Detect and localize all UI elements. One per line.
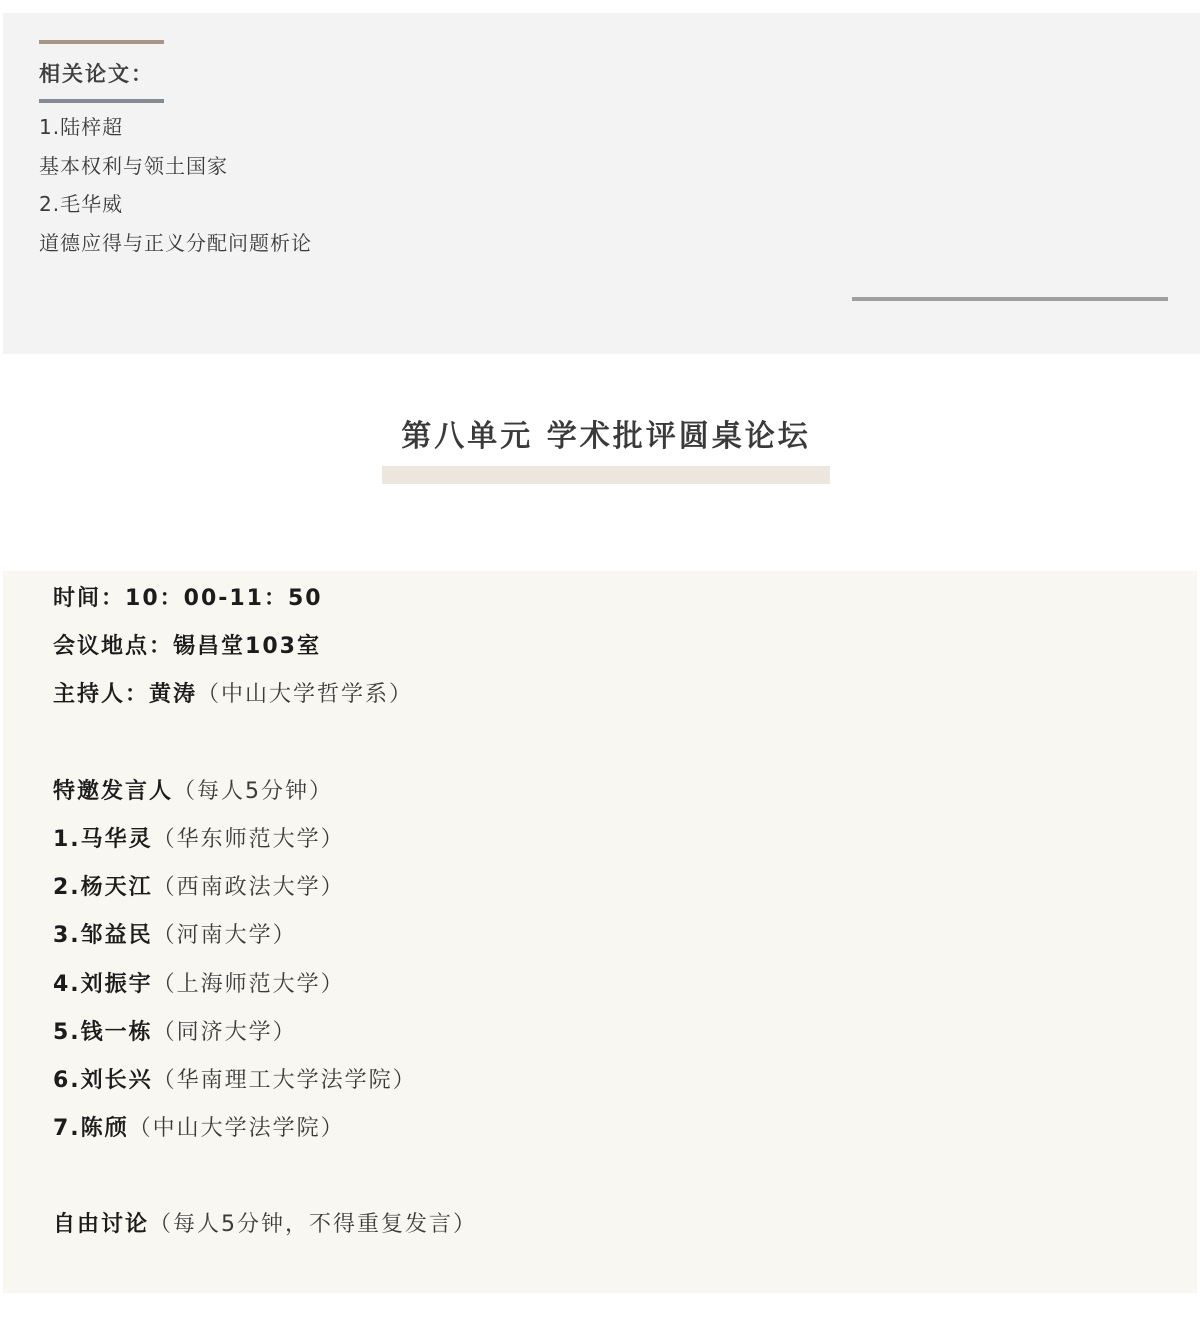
speaker-item: 4.刘振宇（上海师范大学） xyxy=(53,961,477,1009)
speaker-item: 3.邹益民（河南大学） xyxy=(53,912,477,960)
paper-title: 道德应得与正义分配问题析论 xyxy=(39,224,312,263)
section-header: 第八单元 学术批评圆桌论坛 xyxy=(382,412,830,462)
speaker-item: 7.陈颀（中山大学法学院） xyxy=(53,1105,477,1153)
venue-row: 会议地点：锡昌堂103室 xyxy=(53,623,477,671)
speaker-item: 2.杨天江（西南政法大学） xyxy=(53,864,477,912)
speaker-name: 6.刘长兴 xyxy=(53,1068,153,1093)
speaker-affiliation: （西南政法大学） xyxy=(153,875,345,900)
speakers-note: （每人5分钟） xyxy=(173,779,333,804)
speaker-name: 3.邹益民 xyxy=(53,923,153,948)
venue-value: 锡昌堂103室 xyxy=(173,634,321,659)
decorative-divider-top xyxy=(39,40,164,44)
spacer xyxy=(53,1153,477,1201)
speakers-heading: 特邀发言人 xyxy=(53,779,173,804)
decorative-divider-bottom xyxy=(39,99,164,103)
speaker-affiliation: （中山大学法学院） xyxy=(129,1116,345,1141)
section-title-underline xyxy=(382,466,830,484)
discussion-row: 自由讨论（每人5分钟，不得重复发言） xyxy=(53,1201,477,1249)
time-value: 10：00-11：50 xyxy=(125,586,323,611)
spacer xyxy=(53,720,477,768)
speaker-name: 5.钱一栋 xyxy=(53,1020,153,1045)
speaker-name: 1.马华灵 xyxy=(53,827,153,852)
speaker-item: 6.刘长兴（华南理工大学法学院） xyxy=(53,1057,477,1105)
speaker-item: 5.钱一栋（同济大学） xyxy=(53,1009,477,1057)
section-title: 第八单元 学术批评圆桌论坛 xyxy=(382,412,830,462)
speaker-affiliation: （华东师范大学） xyxy=(153,827,345,852)
host-affiliation: （中山大学哲学系） xyxy=(197,682,413,707)
speaker-affiliation: （同济大学） xyxy=(153,1020,297,1045)
venue-label: 会议地点： xyxy=(53,634,173,659)
paper-title: 基本权利与领土国家 xyxy=(39,147,312,186)
discussion-heading: 自由讨论 xyxy=(53,1212,149,1237)
host-name: 黄涛 xyxy=(149,682,197,707)
speaker-affiliation: （上海师范大学） xyxy=(153,972,345,997)
decorative-divider-right xyxy=(852,297,1168,301)
time-label: 时间： xyxy=(53,586,125,611)
speakers-heading-row: 特邀发言人（每人5分钟） xyxy=(53,768,477,816)
speaker-name: 4.刘振宇 xyxy=(53,972,153,997)
host-label: 主持人： xyxy=(53,682,149,707)
host-row: 主持人：黄涛（中山大学哲学系） xyxy=(53,671,477,719)
speaker-name: 2.杨天江 xyxy=(53,875,153,900)
speaker-name: 7.陈颀 xyxy=(53,1116,129,1141)
speaker-affiliation: （河南大学） xyxy=(153,923,297,948)
session-details: 时间：10：00-11：50 会议地点：锡昌堂103室 主持人：黄涛（中山大学哲… xyxy=(53,575,477,1250)
paper-author: 1.陆梓超 xyxy=(39,108,312,147)
discussion-note: （每人5分钟，不得重复发言） xyxy=(149,1212,477,1237)
speaker-affiliation: （华南理工大学法学院） xyxy=(153,1068,417,1093)
paper-author: 2.毛华威 xyxy=(39,185,312,224)
related-papers-heading: 相关论文： xyxy=(39,60,154,88)
speaker-item: 1.马华灵（华东师范大学） xyxy=(53,816,477,864)
time-row: 时间：10：00-11：50 xyxy=(53,575,477,623)
related-papers-list: 1.陆梓超 基本权利与领土国家 2.毛华威 道德应得与正义分配问题析论 xyxy=(39,108,312,262)
